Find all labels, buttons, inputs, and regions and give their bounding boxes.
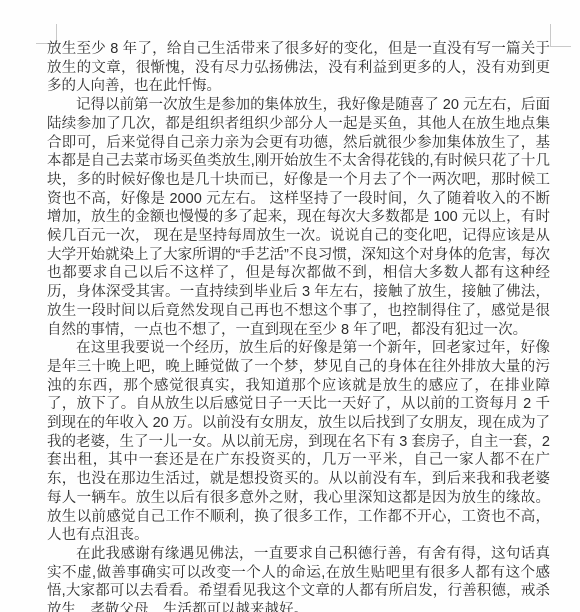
paragraph-intro: 放生至少 8 年了，给自己生活带来了很多好的变化，但是一直没有写一篇关于放生的文… xyxy=(47,40,550,96)
paragraph-life-changes: 在这里我要说一个经历，放生后的好像是第一个新年，回老家过年，好像是年三十晚上吧，… xyxy=(47,339,550,545)
paragraph-gratitude-closing: 在此我感谢有缘遇见佛法，一直要求自己积德行善，有舍有得，这句话真实不虚,做善事确… xyxy=(47,545,550,612)
paragraph-first-release-experience: 记得以前第一次放生是参加的集体放生，我好像是随喜了 20 元左右，后面陆续参加了… xyxy=(47,96,550,339)
document-body-text: 放生至少 8 年了，给自己生活带来了很多好的变化，但是一直没有写一篇关于放生的文… xyxy=(47,40,550,612)
text-boundary-mark-top-right-vertical xyxy=(550,24,551,47)
document-page: 放生至少 8 年了，给自己生活带来了很多好的变化，但是一直没有写一篇关于放生的文… xyxy=(0,0,580,612)
text-boundary-mark-top-right-horizontal xyxy=(550,46,571,47)
